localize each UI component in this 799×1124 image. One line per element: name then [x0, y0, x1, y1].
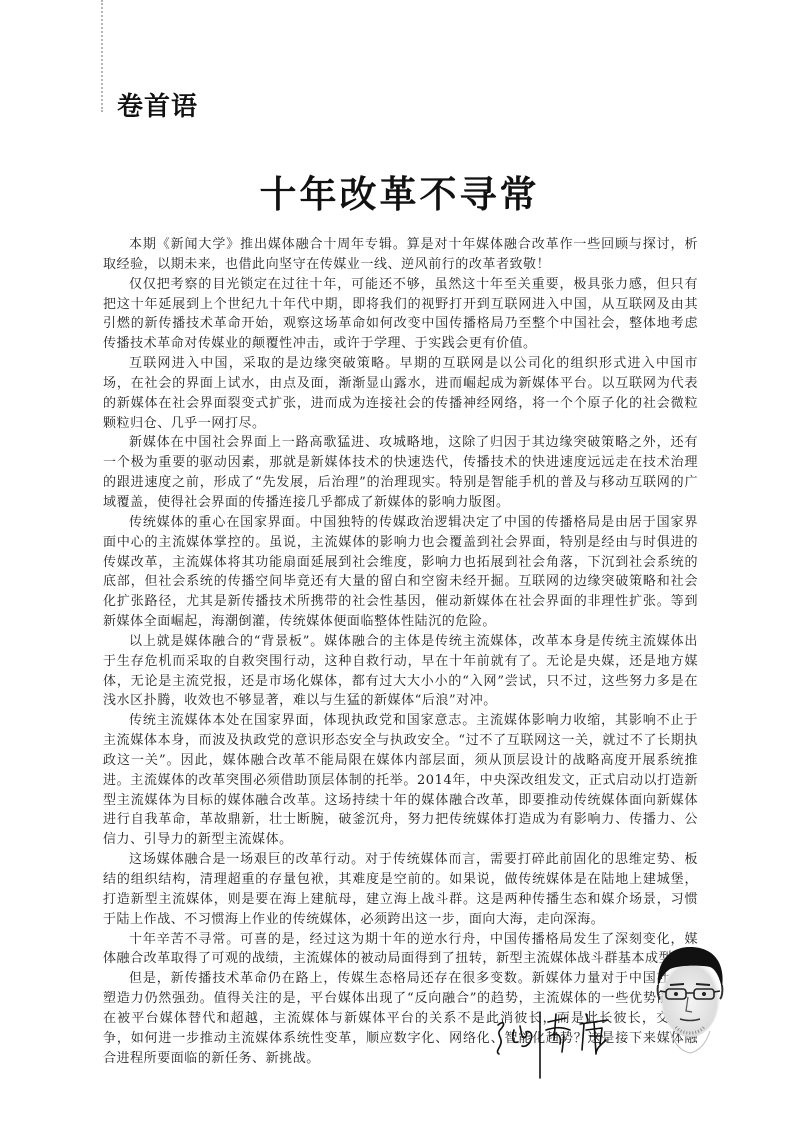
author-portrait-icon — [640, 935, 740, 1055]
margin-dotted-rule — [101, 0, 103, 112]
paragraph: 互联网进入中国，采取的是边缘突破策略。早期的互联网是以公司化的组织形式进入中国市… — [103, 354, 698, 433]
paragraph: 仅仅把考察的目光锁定在过往十年，可能还不够，虽然这十年至关重要，极具张力感，但只… — [103, 275, 698, 354]
paragraph: 新媒体在中国社会界面上一路高歌猛进、攻城略地，这除了归因于其边缘突破策略之外，还… — [103, 433, 698, 512]
paragraph: 这场媒体融合是一场艰巨的改革行动。对于传统媒体而言，需要打碎此前固化的思维定势、… — [103, 850, 698, 929]
article-title: 十年改革不寻常 — [0, 164, 799, 218]
paragraph: 传统媒体的重心在国家界面。中国独特的传媒政治逻辑决定了中国的传播格局是由居于国家… — [103, 513, 698, 632]
article-body: 本期《新闻大学》推出媒体融合十周年专辑。算是对十年媒体融合改革作一些回顾与探讨，… — [103, 235, 698, 1068]
paragraph: 十年辛苦不寻常。可喜的是，经过这为期十年的逆水行舟，中国传播格局发生了深刻变化，… — [103, 930, 698, 970]
paragraph: 传统主流媒体本处在国家界面，体现执政党和国家意志。主流媒体影响力收缩，其影响不止… — [103, 711, 698, 850]
paragraph: 本期《新闻大学》推出媒体融合十周年专辑。算是对十年媒体融合改革作一些回顾与探讨，… — [103, 235, 698, 275]
paragraph: 以上就是媒体融合的“背景板”。媒体融合的主体是传统主流媒体，改革本身是传统主流媒… — [103, 632, 698, 711]
section-label: 卷首语 — [117, 86, 198, 123]
handwritten-signature-icon — [490, 990, 640, 1080]
